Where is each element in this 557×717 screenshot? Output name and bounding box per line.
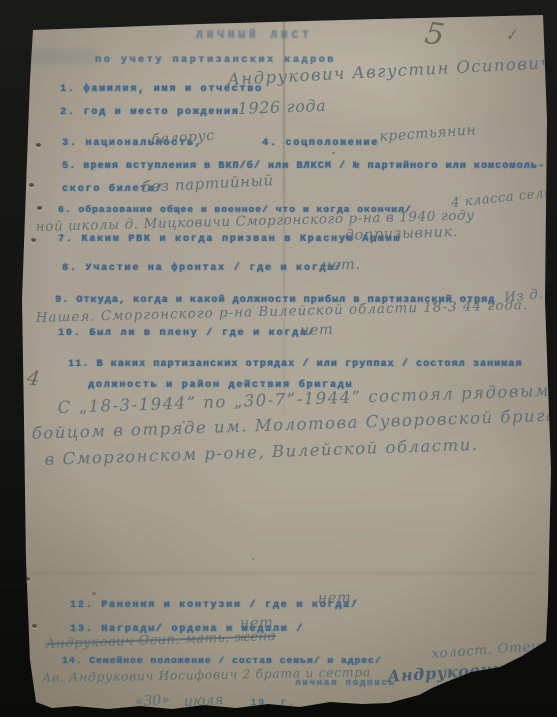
date-line: «30» июля 19 г.: [135, 692, 296, 711]
document-paper: 5 ✓ 4 ЛИЧНЫЙ ЛИСТ по учету партизанских …: [0, 0, 557, 717]
pin-hole: [36, 143, 41, 147]
pin-hole: [31, 238, 36, 242]
paper-speck: [92, 592, 96, 595]
horizontal-crease: [30, 572, 535, 574]
field-10-value: нет: [299, 322, 333, 339]
field-5-label-line1: 5. время вступления в ВКП/б/ или ВЛКСМ /…: [62, 161, 545, 172]
document-subtitle: по учету партизанских кадров: [95, 55, 336, 66]
faded-ink-smudge: [28, 50, 98, 64]
paper-speck: [252, 558, 254, 560]
pin-hole: [37, 206, 42, 210]
pin-hole: [25, 577, 30, 581]
field-10-label: 10. Был ли в плену / где и когда/: [58, 328, 315, 339]
pin-hole: [32, 624, 37, 628]
pin-hole: [29, 183, 34, 187]
field-8-value: нет.: [321, 257, 360, 274]
date-year: 19: [250, 698, 266, 709]
field-8-label: 8. Участие на фронтах / где и когда/: [62, 263, 343, 274]
field-11-label-line1: 11. В каких партизанских отрядах / или г…: [68, 359, 522, 370]
paper-speck: [332, 152, 335, 154]
document-title: ЛИЧНЫЙ ЛИСТ: [196, 30, 313, 42]
date-day: «30»: [135, 692, 171, 710]
scan-background: 5 ✓ 4 ЛИЧНЫЙ ЛИСТ по учету партизанских …: [0, 0, 557, 717]
field-2-label: 2. год и место рождения: [60, 107, 239, 118]
field-12-label: 12. Ранения и контузии / где и когда/: [70, 600, 359, 611]
signature-label: личная подпись: [295, 678, 396, 688]
field-4-label: 4. соцположение: [262, 138, 379, 149]
date-suffix: г.: [280, 698, 296, 709]
field-2-value: 1926 года: [237, 96, 326, 118]
date-month: июля: [176, 692, 232, 713]
field-12-value: нет.: [317, 590, 356, 607]
